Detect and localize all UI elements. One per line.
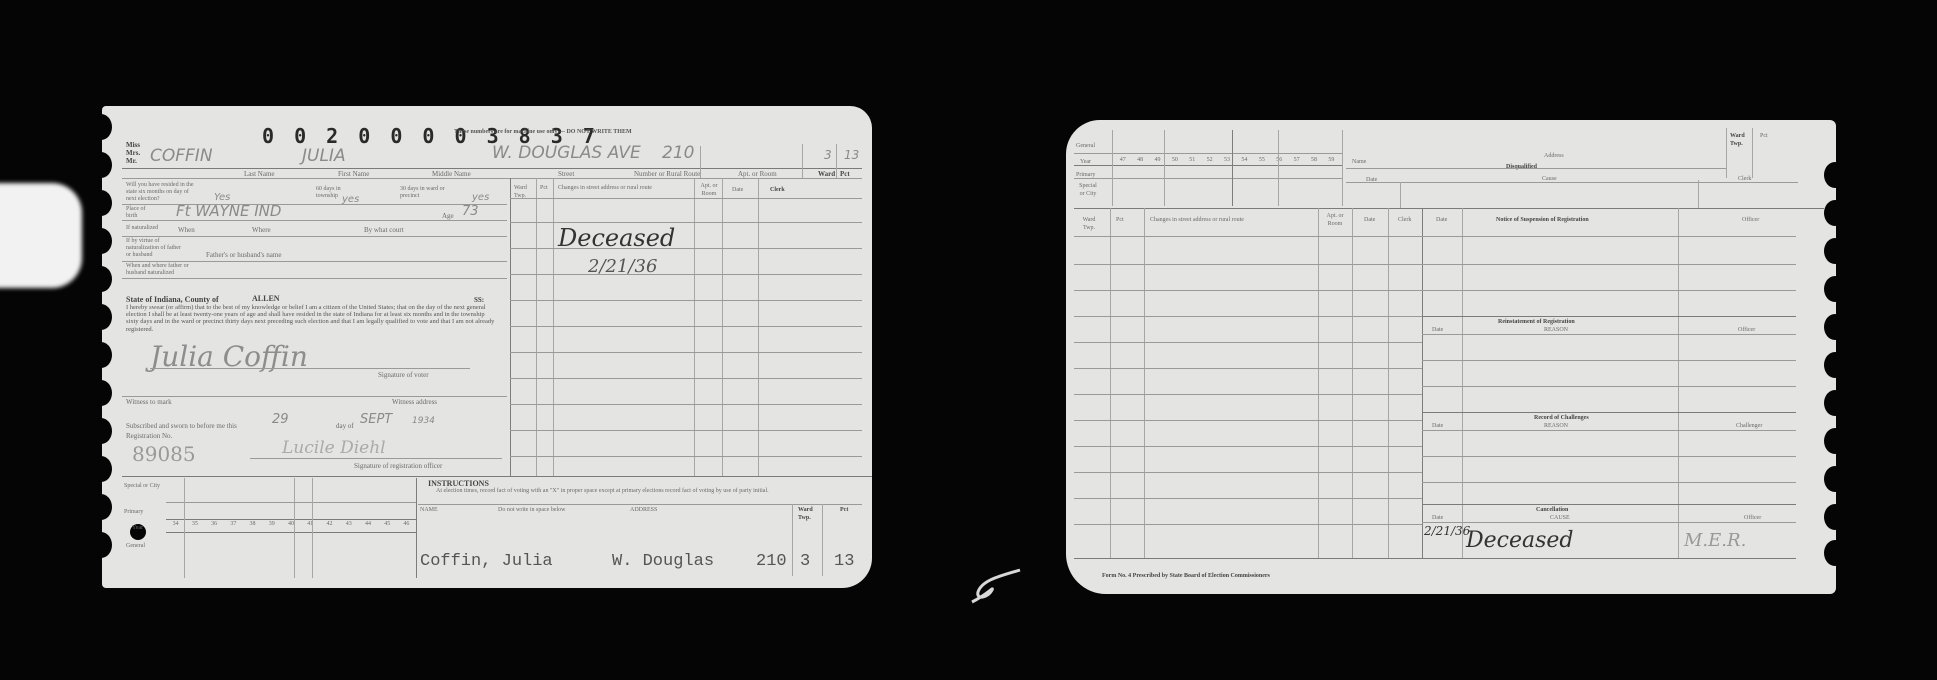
challenges-header-date: Date [1432, 422, 1443, 430]
year-cell: 56 [1271, 156, 1288, 164]
back-changes-header-pct: Pct [1116, 216, 1124, 224]
title-label-miss: Miss [126, 141, 140, 149]
suspension-header-title: Notice of Suspension of Registration [1496, 216, 1589, 224]
cancellation-header-cause: CAUSE [1550, 514, 1570, 522]
front-grid-label-special: Special or City [122, 482, 162, 490]
voter-registration-card-front: 0 0 2 0 0 0 0 3 8 3 7 These numbers are … [102, 106, 872, 588]
year-cell: 34 [166, 520, 185, 528]
birthplace-value: Ft WAYNE IND [176, 202, 281, 220]
back-pct-label: Pct [1760, 132, 1768, 140]
pct-value: 13 [844, 148, 859, 162]
back-grid-label-general: General [1076, 142, 1095, 150]
year-cell: 48 [1131, 156, 1148, 164]
pct-label: Pct [840, 170, 850, 178]
suspension-header-officer: Officer [1742, 216, 1759, 224]
year-cell: 50 [1166, 156, 1183, 164]
typed-voter-number: 210 [756, 552, 787, 571]
age-label: Age [442, 212, 454, 220]
cancellation-header-officer: Officer [1744, 514, 1761, 522]
ward-question: 30 days in ward or precinct [400, 186, 460, 200]
voter-registration-card-back: General Year Primary Special or City 47 … [1066, 120, 1836, 594]
age-value: 73 [462, 204, 479, 219]
front-changes-header-pct: Pct [540, 184, 548, 192]
year-cell: 35 [185, 520, 204, 528]
reinstatement-header-officer: Officer [1738, 326, 1755, 334]
back-name-label: Name [1352, 158, 1366, 166]
apt-label: Apt. or Room [738, 170, 777, 178]
year-cell: 43 [339, 520, 358, 528]
voter-signature-label: Signature of voter [378, 371, 429, 379]
instructions-col-ward: Ward Twp. [798, 506, 816, 522]
ward-answer: yes [472, 192, 489, 203]
instructions-col-address: ADDRESS [630, 506, 657, 514]
residence-state-question: Will you have resided in the state six m… [126, 182, 196, 203]
back-address-label: Address [1544, 152, 1564, 160]
reinstatement-title: Reinstatement of Registration [1498, 318, 1575, 326]
father-naturalization-label: If by virtue of naturalization of father… [126, 238, 186, 259]
typed-voter-ward: 3 [800, 552, 810, 571]
back-grid-label-special: Special or City [1076, 182, 1100, 198]
naturalized-label: If naturalized [126, 224, 158, 232]
front-changes-header-address: Changes in street address or rural route [558, 184, 652, 192]
birthplace-label: Place of birth [126, 206, 156, 220]
year-cell: 51 [1184, 156, 1201, 164]
front-grid-label-primary: Primary [124, 508, 143, 516]
form-footer: Form No. 4 Prescribed by State Board of … [1102, 572, 1270, 580]
front-grid-label-year: Year [132, 524, 143, 532]
front-changes-header-clerk: Clerk [770, 186, 785, 194]
registration-officer-label: Signature of registration officer [354, 462, 442, 470]
father-name-label: Father's or husband's name [206, 251, 281, 259]
year-cell: 42 [320, 520, 339, 528]
first-name-label: First Name [338, 170, 369, 178]
typed-voter-address: W. Douglas [612, 552, 714, 571]
reinstatement-header-reason: REASON [1544, 326, 1568, 334]
instructions-col-pct: Pct [840, 506, 848, 514]
street-value: W. DOUGLAS AVE [492, 143, 641, 163]
witness-address-label: Witness address [392, 398, 437, 406]
cancellation-header-date: Date [1432, 514, 1443, 522]
year-cell: 55 [1253, 156, 1270, 164]
suspension-header-date: Date [1436, 216, 1447, 224]
typed-voter-pct: 13 [834, 552, 854, 571]
instructions-col-name: NAME [420, 506, 438, 514]
year-cell: 58 [1305, 156, 1322, 164]
year-cell: 45 [378, 520, 397, 528]
year-cell: 57 [1288, 156, 1305, 164]
front-change-entry-text: Deceased [558, 224, 675, 252]
front-voting-year-row: 34 35 36 37 38 39 40 41 42 43 44 45 46 [166, 520, 416, 528]
back-disqualified-label: Disqualified [1506, 163, 1537, 171]
year-cell: 40 [281, 520, 300, 528]
year-cell: 59 [1323, 156, 1340, 164]
day-of-label: day of [336, 422, 354, 430]
subscribed-label: Subscribed and sworn to before me this [126, 422, 237, 430]
oath-text: I hereby swear (or affirm) that to the b… [126, 304, 498, 333]
instructions-title: INSTRUCTIONS [428, 480, 489, 488]
challenges-header-reason: REASON [1544, 422, 1568, 430]
cancellation-title: Cancellation [1536, 506, 1568, 514]
instructions-col-note: Do not write in space below [498, 506, 565, 514]
year-cell: 47 [1114, 156, 1131, 164]
cancellation-date: 2/21/36 [1424, 524, 1470, 538]
reinstatement-header-date: Date [1432, 326, 1443, 334]
front-grid-label-general: General [126, 542, 145, 550]
typed-voter-name: Coffin, Julia [420, 552, 553, 571]
year-cell: 39 [262, 520, 281, 528]
first-name-value: JULIA [302, 146, 346, 166]
back-changes-header-date: Date [1364, 216, 1375, 224]
state-county-label: State of Indiana, County of [126, 296, 219, 304]
back-changes-header-ward: Ward Twp. [1078, 216, 1100, 232]
back-voting-year-row: 47 48 49 50 51 52 53 54 55 56 57 58 59 [1114, 156, 1340, 164]
registration-no-label: Registration No. [126, 432, 172, 440]
challenges-header-challenger: Challenger [1736, 422, 1762, 430]
last-name-label: Last Name [244, 170, 275, 178]
ward-value: 3 [824, 148, 832, 162]
ss-label: SS: [474, 296, 484, 304]
back-ward-label: Ward Twp. [1730, 132, 1746, 148]
number-label: Number or Rural Route [634, 170, 700, 178]
year-cell: 53 [1218, 156, 1235, 164]
when-label: When [178, 226, 195, 234]
ward-label: Ward [818, 170, 835, 178]
back-changes-header-clerk: Clerk [1398, 216, 1411, 224]
subscribed-day: 29 [272, 412, 289, 427]
front-change-entry-date: 2/21/36 [588, 256, 657, 277]
title-label-mrs: Mrs. [126, 149, 140, 157]
machine-use-note: These numbers are for machine use only —… [454, 128, 632, 136]
front-changes-header-date: Date [732, 186, 743, 194]
county-value: ALLEN [252, 295, 280, 303]
year-cell: 37 [224, 520, 243, 528]
where-label: Where [252, 226, 271, 234]
cancellation-cause: Deceased [1466, 528, 1574, 553]
front-changes-header-apt: Apt. or Room [698, 182, 720, 198]
subscribed-month: SEPT [360, 412, 392, 427]
last-name-value: COFFIN [150, 146, 213, 166]
street-label: Street [558, 170, 574, 178]
witness-label: Witness to mark [126, 398, 172, 406]
year-cell: 52 [1201, 156, 1218, 164]
registration-officer-signature: Lucile Diehl [282, 438, 386, 458]
stray-pen-mark [960, 560, 1030, 620]
registration-number: 89085 [132, 442, 196, 466]
house-number-value: 210 [662, 143, 694, 163]
year-cell: 36 [204, 520, 223, 528]
instructions-text: At election times, record fact of voting… [436, 488, 836, 495]
subscribed-year: 1934 [412, 416, 435, 426]
father-naturalized-when-label: When and where father or husband natural… [126, 263, 196, 277]
cancellation-officer: M.E.R. [1684, 530, 1746, 551]
challenges-title: Record of Challenges [1534, 414, 1589, 422]
year-cell: 41 [301, 520, 320, 528]
middle-name-label: Middle Name [432, 170, 471, 178]
year-cell: 44 [358, 520, 377, 528]
back-changes-header-address: Changes in street address or rural route [1150, 216, 1244, 224]
title-label-mr: Mr. [126, 157, 137, 165]
court-label: By what court [364, 226, 404, 234]
year-cell: 38 [243, 520, 262, 528]
blurred-paper-fragment [0, 183, 82, 288]
year-cell: 54 [1236, 156, 1253, 164]
year-cell: 46 [397, 520, 416, 528]
back-changes-header-apt: Apt. or Room [1324, 212, 1346, 228]
